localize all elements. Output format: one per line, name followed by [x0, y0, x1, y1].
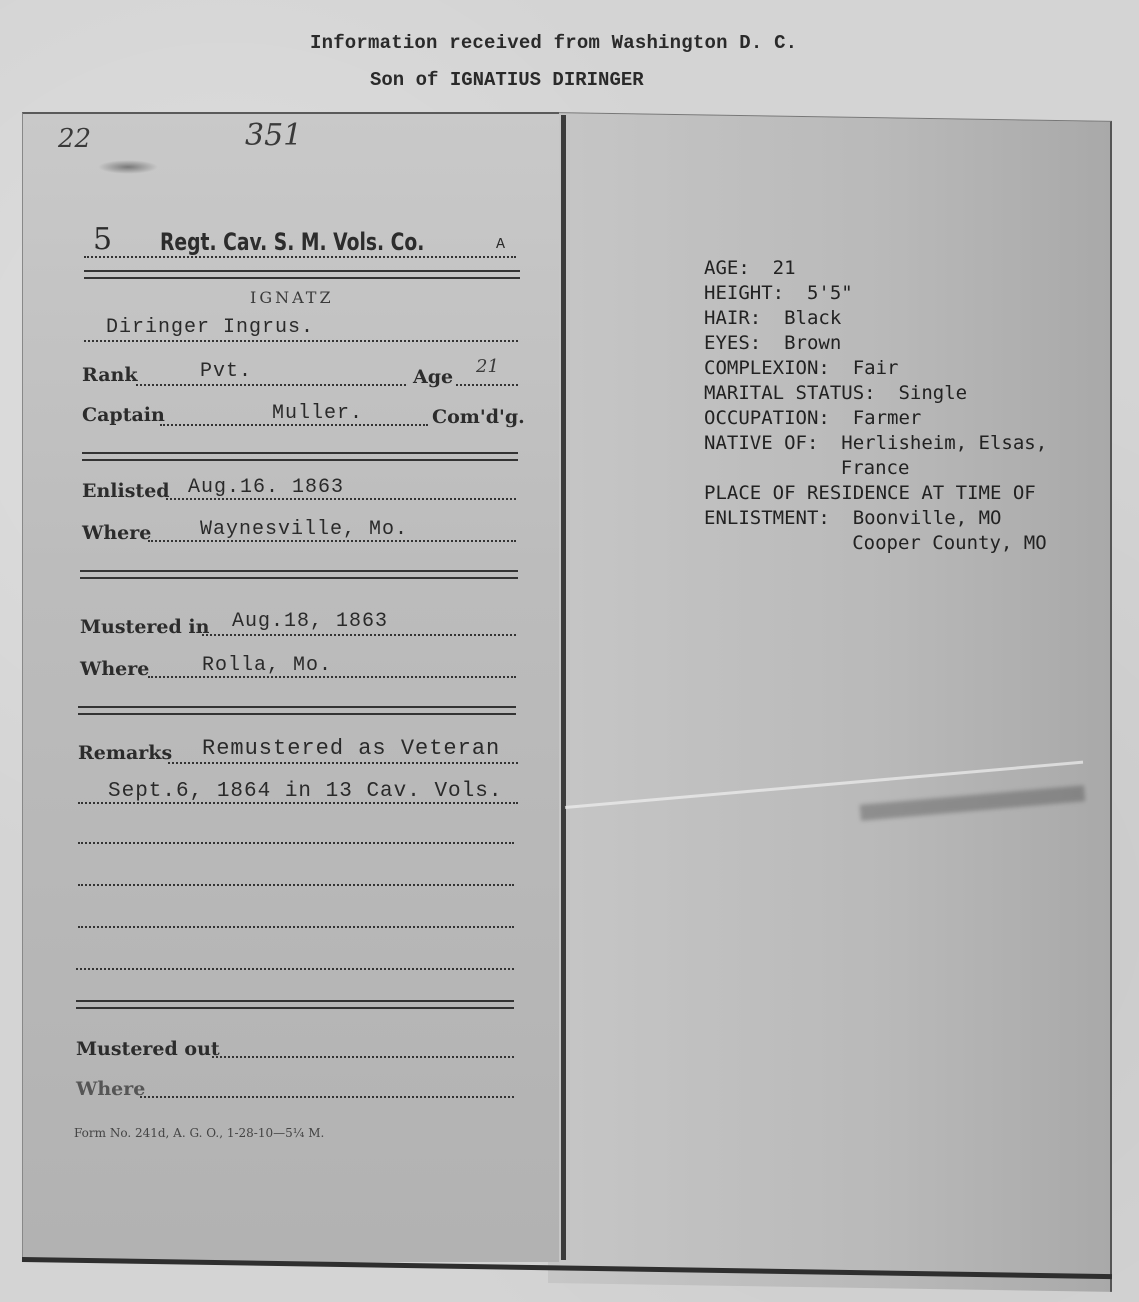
detail-value: 21 — [773, 257, 796, 279]
detail-row: ENLISTMENT: Boonville, MO — [704, 506, 1001, 531]
enlisted-date: Aug.16. 1863 — [188, 476, 344, 499]
mustered-in-place: Rolla, Mo. — [202, 654, 332, 677]
card-divider — [561, 115, 566, 1260]
remarks-dotted-line-1 — [168, 762, 518, 764]
name-dotted-line — [84, 340, 518, 342]
header-subtitle: Son of IGNATIUS DIRINGER — [370, 69, 644, 91]
mustered-in-dotted-line — [202, 634, 516, 636]
detail-value: Boonville, MO — [853, 507, 1002, 529]
section-rule — [78, 706, 516, 715]
remarks-dotted-line-4 — [78, 884, 514, 886]
captain-label: Captain — [82, 404, 165, 426]
detail-value: Fair — [853, 357, 899, 379]
handwritten-number-right: 351 — [245, 118, 302, 153]
detail-label: HEIGHT: — [704, 282, 784, 304]
mustered-where-label: Where — [80, 658, 149, 680]
enlisted-where-label: Where — [82, 522, 151, 544]
comdg-label: Com'd'g. — [432, 406, 525, 428]
section-rule — [84, 270, 520, 279]
remarks-line-2: Sept.6, 1864 in 13 Cav. Vols. — [108, 780, 502, 803]
handwritten-number-left: 22 — [58, 124, 91, 154]
detail-row: MARITAL STATUS: Single — [704, 381, 967, 406]
rank-dotted-line — [136, 384, 406, 386]
section-rule — [76, 1000, 514, 1009]
captain-value: Muller. — [272, 402, 363, 425]
mustered-out-label: Mustered out — [76, 1038, 220, 1060]
enlisted-label: Enlisted — [82, 480, 170, 502]
company-letter: A — [496, 236, 505, 253]
remarks-label: Remarks — [78, 742, 172, 764]
detail-value: Single — [898, 382, 967, 404]
detail-value: Herlisheim, Elsas, — [841, 432, 1047, 454]
detail-row: HEIGHT: 5'5" — [704, 281, 853, 306]
age-value: 21 — [476, 356, 499, 377]
detail-row: HAIR: Black — [704, 306, 841, 331]
detail-row: EYES: Brown — [704, 331, 841, 356]
section-rule — [82, 452, 518, 461]
age-label: Age — [413, 366, 453, 388]
detail-value: Brown — [784, 332, 841, 354]
detail-value: Black — [784, 307, 841, 329]
header-title: Information received from Washington D. … — [310, 32, 797, 54]
detail-row: COMPLEXION: Fair — [704, 356, 899, 381]
detail-label: MARITAL STATUS: — [704, 382, 876, 404]
form-number: Form No. 241d, A. G. O., 1-28-10—5¼ M. — [74, 1126, 324, 1140]
detail-label: ENLISTMENT: — [704, 507, 830, 529]
detail-row: PLACE OF RESIDENCE AT TIME OF — [704, 481, 1059, 506]
section-rule — [80, 570, 518, 579]
detail-value: 5'5" — [807, 282, 853, 304]
detail-label: OCCUPATION: — [704, 407, 830, 429]
detail-label: NATIVE OF: — [704, 432, 818, 454]
detail-label: AGE: — [704, 257, 750, 279]
soldier-name: Diringer Ingrus. — [106, 316, 314, 339]
remarks-dotted-line-3 — [78, 842, 514, 844]
regiment-dotted-line — [84, 256, 516, 258]
name-annotation: IGNATZ — [250, 288, 334, 307]
detail-label: HAIR: — [704, 307, 761, 329]
remarks-dotted-line-5 — [78, 926, 514, 928]
detail-value-continuation: Cooper County, MO — [852, 531, 1046, 556]
rank-label: Rank — [82, 364, 138, 386]
remarks-dotted-line-6 — [76, 968, 514, 970]
regiment-number: 5 — [93, 222, 112, 257]
out-where-dotted-line — [140, 1096, 514, 1098]
detail-label: EYES: — [704, 332, 761, 354]
out-where-label: Where — [76, 1078, 145, 1100]
remarks-line-1: Remustered as Veteran — [202, 736, 500, 761]
detail-label: COMPLEXION: — [704, 357, 830, 379]
detail-row: NATIVE OF: Herlisheim, Elsas, — [704, 431, 1047, 456]
regiment-label: Regt. Cav. S. M. Vols. Co. — [160, 228, 424, 256]
detail-row: OCCUPATION: Farmer — [704, 406, 921, 431]
ink-smudge — [98, 160, 158, 174]
enlisted-place: Waynesville, Mo. — [200, 518, 408, 541]
detail-value-continuation: France — [841, 456, 910, 481]
detail-label: PLACE OF RESIDENCE AT TIME OF — [704, 482, 1036, 504]
mustered-in-label: Mustered in — [80, 616, 209, 638]
mustered-out-dotted-line — [212, 1056, 514, 1058]
age-dotted-line — [456, 384, 518, 386]
detail-value: Farmer — [853, 407, 922, 429]
rank-value: Pvt. — [200, 360, 252, 383]
mustered-in-date: Aug.18, 1863 — [232, 610, 388, 633]
detail-row: AGE: 21 — [704, 256, 796, 281]
